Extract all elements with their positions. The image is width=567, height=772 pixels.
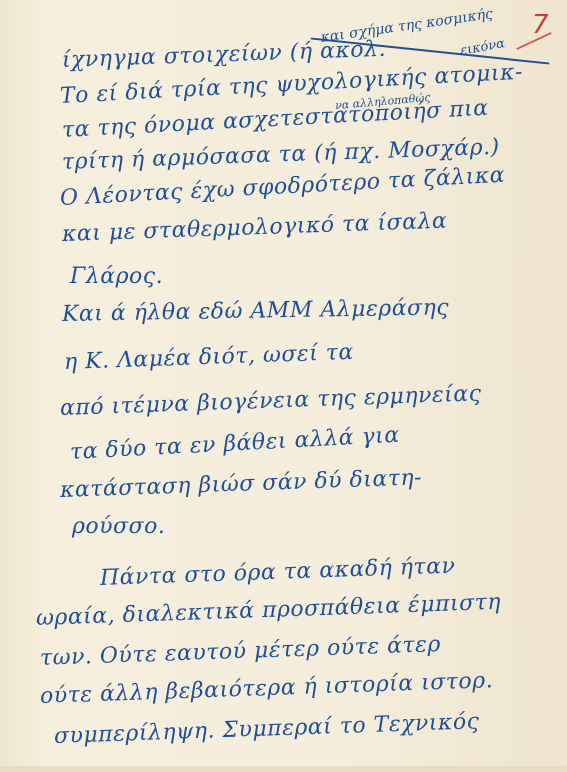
handwritten-line: από ιτέμνα βιογένεια της ερμηνείας bbox=[60, 381, 482, 421]
handwritten-line: και με σταθερμολογικό τα ίσαλα bbox=[62, 209, 448, 247]
handwritten-line: ούτε άλλη βεβαιότερα ή ιστορία ιστορ. bbox=[40, 668, 494, 709]
manuscript-page: 7 και σχήμα της κοσμικής εικόνα να αλληλ… bbox=[0, 0, 567, 772]
handwritten-line: συμπερίληψη. Συμπεραί το Τεχνικός bbox=[54, 709, 480, 749]
handwritten-line: κατάσταση βιώσ σάν δύ διατη- bbox=[60, 465, 423, 503]
handwritten-line: Και ά ήλθα εδώ ΑΜΜ Αλμεράσης bbox=[62, 295, 450, 327]
handwritten-line: Πάντα στο όρα τα ακαδή ήταν bbox=[100, 554, 456, 591]
handwritten-line: των. Ούτε εαυτού μέτερ ούτε άτερ bbox=[40, 632, 442, 671]
handwritten-line: τα δύο τα εν βάθει αλλά για bbox=[69, 423, 400, 465]
handwritten-line: ίχνηγμα στοιχείων (ή ακολ. bbox=[62, 37, 387, 73]
handwritten-line: ρούσσο. bbox=[72, 514, 165, 539]
handwritten-line: η Κ. Λαμέα διότ, ωσεί τα bbox=[64, 340, 355, 375]
handwritten-line: ωραία, διαλεκτικά προσπάθεια έμπιστη bbox=[36, 590, 502, 631]
handwritten-line: Γλάρος. bbox=[70, 264, 163, 289]
